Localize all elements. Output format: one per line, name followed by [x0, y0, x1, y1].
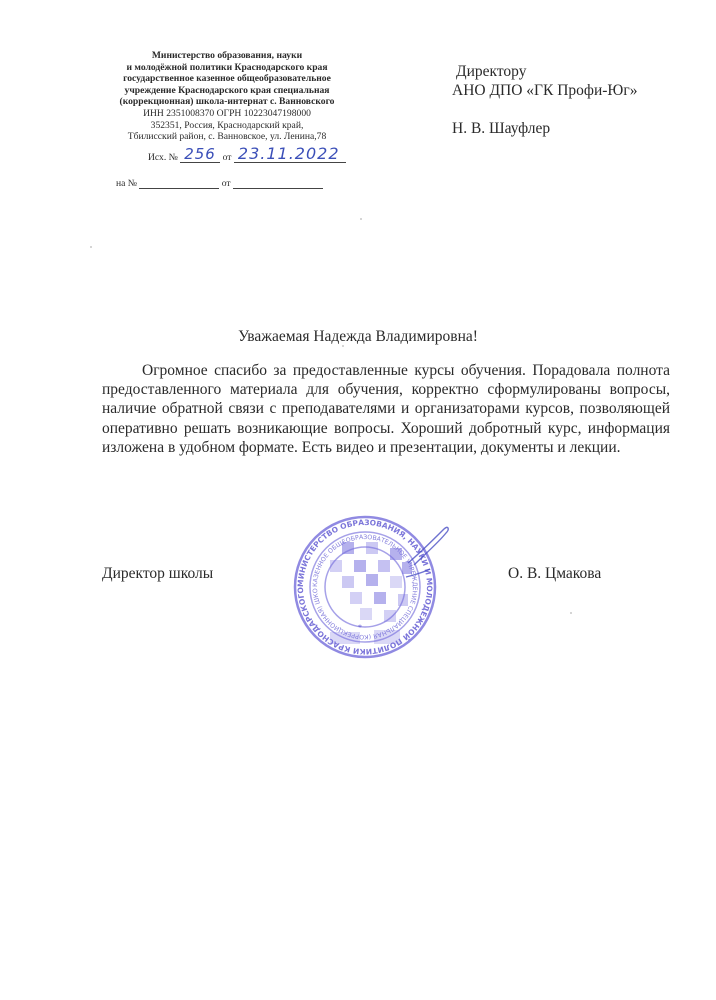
reply-number-field — [139, 176, 219, 189]
addressee-name: Н. В. Шауфлер — [452, 119, 637, 138]
handwritten-signature — [400, 515, 480, 585]
letterhead: Министерство образования, науки и молодё… — [92, 50, 362, 143]
outgoing-date-label: от — [223, 152, 232, 163]
letterhead-inn-ogrn: ИНН 2351008370 ОГРН 10223047198000 — [92, 108, 362, 120]
body-paragraph: Огромное спасибо за предоставленные курс… — [102, 361, 670, 457]
outgoing-number-handwritten: 256 — [184, 146, 216, 162]
letterhead-org-line: учреждение Краснодарского края специальн… — [92, 85, 362, 97]
reply-number-label: на № — [116, 178, 137, 189]
reply-date-label: от — [222, 178, 231, 189]
outgoing-number-label: Исх. № — [148, 152, 178, 163]
signatory-name: О. В. Цмакова — [508, 565, 601, 583]
greeting: Уважаемая Надежда Владимировна! — [0, 328, 716, 346]
addressee-position: Директору — [452, 62, 637, 81]
outgoing-number-field: 256 — [180, 150, 220, 163]
outgoing-reference: Исх. № 256 от 23.11.2022 — [148, 150, 346, 163]
reply-date-field — [233, 176, 323, 189]
outgoing-date-handwritten: 23.11.2022 — [238, 146, 340, 162]
letterhead-address-line: 352351, Россия, Краснодарский край, — [92, 120, 362, 132]
scan-speck — [570, 612, 572, 614]
letter-body: Огромное спасибо за предоставленные курс… — [102, 361, 670, 457]
letterhead-org-line: Министерство образования, науки — [92, 50, 362, 62]
addressee-block: Директору АНО ДПО «ГК Профи-Юг» Н. В. Ша… — [452, 62, 637, 138]
reply-reference: на № от — [116, 176, 323, 189]
outgoing-date-field: 23.11.2022 — [234, 150, 346, 163]
letterhead-org-line: и молодёжной политики Краснодарского кра… — [92, 62, 362, 74]
letterhead-org-line: (коррекционная) школа-интернат с. Ваннов… — [92, 96, 362, 108]
scan-speck — [360, 218, 362, 220]
scan-speck — [342, 345, 344, 347]
scan-speck — [90, 246, 92, 248]
letterhead-org-line: государственное казенное общеобразовател… — [92, 73, 362, 85]
svg-text:*: * — [358, 623, 362, 632]
addressee-organization: АНО ДПО «ГК Профи-Юг» — [452, 81, 637, 100]
letterhead-address-line: Тбилисский район, с. Ванновское, ул. Лен… — [92, 131, 362, 143]
signatory-title: Директор школы — [102, 565, 213, 583]
